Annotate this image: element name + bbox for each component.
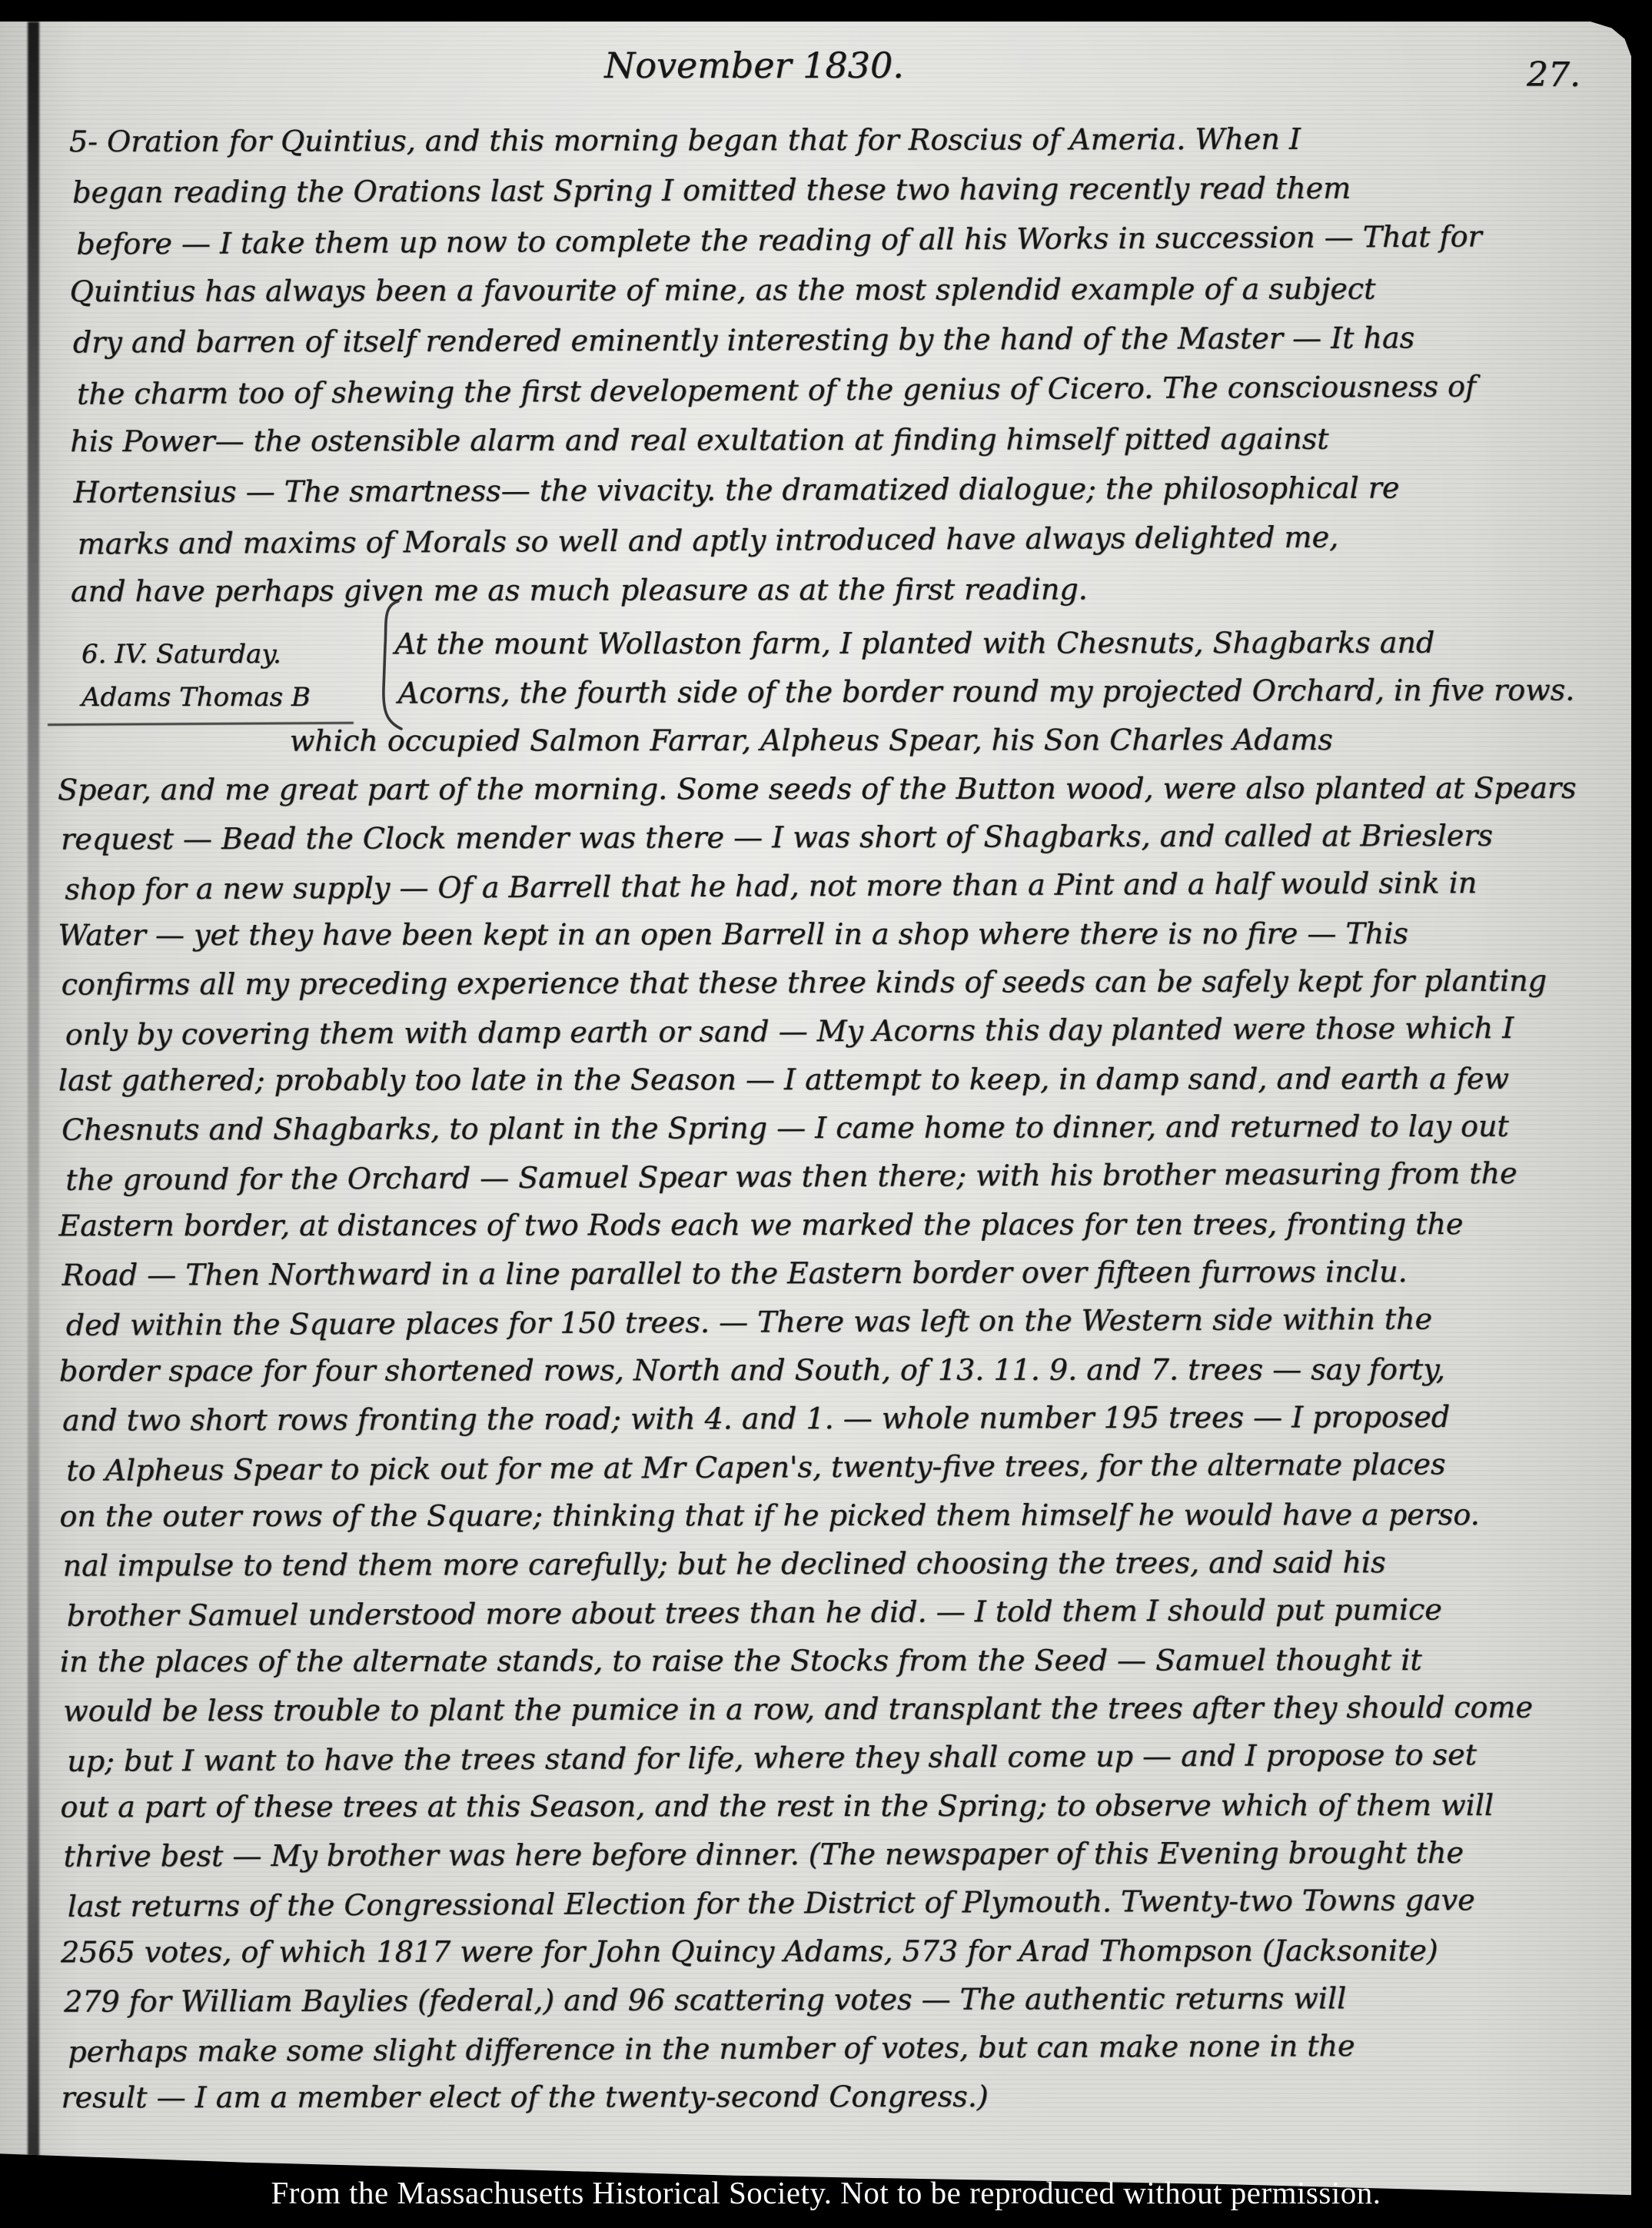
manuscript-line: Hortensius — The smartness— the vivacity…: [73, 462, 1618, 517]
manuscript-line: perhaps make some slight difference in t…: [68, 2020, 1639, 2077]
entry-body-lines: Spear, and me great part of the morning.…: [71, 763, 1636, 2123]
manuscript-line: dry and barren of itself rendered eminen…: [73, 312, 1618, 367]
manuscript-line: thrive best — My brother was here before…: [64, 1828, 1635, 1880]
manuscript-line: the ground for the Orchard — Samuel Spea…: [65, 1149, 1637, 1205]
manuscript-line: border space for four shortened rows, No…: [59, 1345, 1630, 1395]
manuscript-line: before — I take them up now to complete …: [76, 211, 1621, 269]
manuscript-line: confirms all my preceding experience tha…: [61, 956, 1633, 1009]
manuscript-line: Water — yet they have been kept in an op…: [58, 909, 1629, 959]
manuscript-line: Chesnuts and Shagbarks, to plant in the …: [61, 1102, 1633, 1154]
manuscript-line: in the places of the alternate stands, t…: [60, 1636, 1631, 1686]
manuscript-line: Acorns, the fourth side of the border ro…: [398, 666, 1632, 717]
entry-november-6: At the mount Wollaston farm, I planted w…: [71, 617, 1635, 2123]
manuscript-line: the charm too of shewing the first devel…: [77, 361, 1622, 419]
manuscript-line: ded within the Square places for 150 tre…: [66, 1294, 1637, 1350]
entry-second-indent-line: which occupied Salmon Farrar, Alpheus Sp…: [71, 714, 1632, 766]
manuscript-line: would be less trouble to plant the pumic…: [63, 1683, 1634, 1735]
manuscript-line: marks and maxims of Morals so well and a…: [78, 510, 1623, 569]
date-heading: November 1830.: [0, 45, 1508, 86]
manuscript-line: began reading the Orations last Spring I…: [72, 162, 1617, 218]
manuscript-line: Eastern border, at distances of two Rods…: [58, 1200, 1630, 1250]
manuscript-line: brother Samuel understood more about tre…: [67, 1585, 1638, 1641]
manuscript-line: result — I am a member elect of the twen…: [61, 2072, 1632, 2122]
manuscript-line: last gathered; probably too late in the …: [58, 1055, 1630, 1105]
manuscript-line: only by covering them with damp earth or…: [65, 1003, 1637, 1059]
manuscript-line: and two short rows fronting the road; wi…: [62, 1392, 1634, 1445]
manuscript-line: nal impulse to tend them more carefully;…: [63, 1538, 1634, 1590]
manuscript-page: November 1830. 27. 5- Oration for Quinti…: [0, 22, 1631, 2197]
manuscript-line: last returns of the Congressional Electi…: [68, 1875, 1639, 1931]
manuscript-line: to Alpheus Spear to pick out for me at M…: [66, 1439, 1637, 1495]
manuscript-line: 5- Oration for Quintius, and this mornin…: [69, 114, 1614, 167]
manuscript-line: which occupied Salmon Farrar, Alpheus Sp…: [290, 716, 1629, 766]
manuscript-line: 2565 votes, of which 1817 were for John …: [61, 1927, 1632, 1977]
manuscript-line: his Power— the ostensible alarm and real…: [70, 414, 1615, 467]
manuscript-line: Spear, and me great part of the morning.…: [58, 764, 1629, 814]
manuscript-line: up; but I want to have the trees stand f…: [67, 1730, 1638, 1786]
entry-opening-indented-lines: At the mount Wollaston farm, I planted w…: [71, 617, 1631, 718]
manuscript-line: on the outer rows of the Square; thinkin…: [59, 1491, 1630, 1541]
manuscript-line: and have perhaps given me as much pleasu…: [71, 564, 1616, 617]
archive-credit-line: From the Massachusetts Historical Societ…: [0, 2170, 1652, 2216]
manuscript-line: Road — Then Northward in a line parallel…: [62, 1247, 1634, 1299]
manuscript-line: At the mount Wollaston farm, I planted w…: [394, 618, 1628, 668]
entry-november-5: 5- Oration for Quintius, and this mornin…: [72, 112, 1619, 617]
manuscript-line: Quintius has always been a favourite of …: [70, 264, 1615, 317]
page-number: 27.: [1527, 55, 1581, 95]
page-gutter-crease: [28, 22, 39, 2197]
manuscript-line: shop for a new supply — Of a Barrell tha…: [65, 858, 1636, 914]
manuscript-line: out a part of these trees at this Season…: [60, 1781, 1631, 1831]
manuscript-line: 279 for William Baylies (federal,) and 9…: [64, 1974, 1635, 2026]
manuscript-line: request — Bead the Clock mender was ther…: [61, 811, 1632, 863]
